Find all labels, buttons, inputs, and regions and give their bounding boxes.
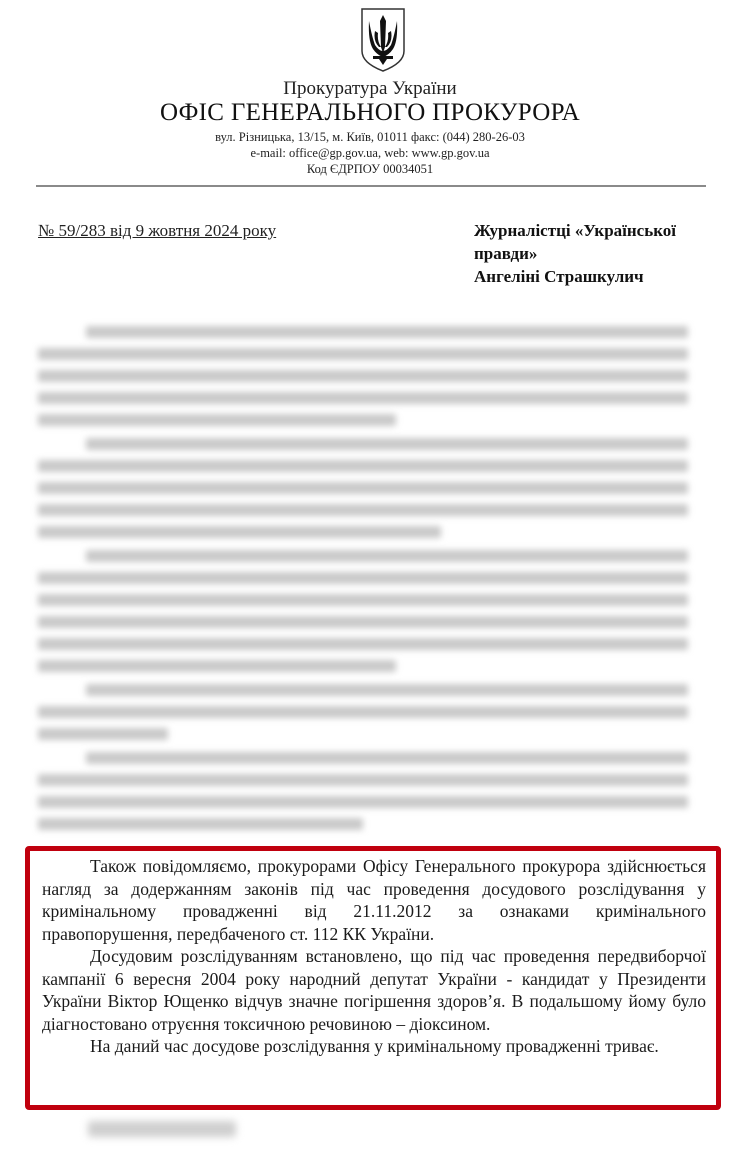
redacted-line [86,752,688,764]
redacted-line [38,348,688,360]
redacted-line [38,414,396,426]
header-divider [36,185,706,187]
redacted-line [86,550,688,562]
redacted-line [38,370,688,382]
redacted-body-text [38,320,688,840]
org-contacts: e-mail: office@gp.gov.ua, web: www.gp.go… [0,146,740,161]
redacted-line [38,774,688,786]
redacted-signature [88,1121,236,1137]
excerpt-paragraph-2: Досудовим розслідуванням встановлено, що… [42,945,706,1035]
redacted-line [38,616,688,628]
addressee-block: Журналістці «Української правди» Ангелін… [474,219,734,288]
org-address: вул. Різницька, 13/15, м. Київ, 01011 фа… [0,130,740,145]
redacted-line [38,728,168,740]
highlighted-excerpt: Також повідомляємо, прокурорами Офісу Ге… [25,846,721,1110]
redacted-line [38,818,363,830]
addressee-line-3: Ангеліні Страшкулич [474,265,734,288]
trident-coat-of-arms-icon [359,7,407,73]
redacted-line [38,594,688,606]
org-name: ОФІС ГЕНЕРАЛЬНОГО ПРОКУРОРА [0,99,740,127]
redacted-line [38,392,688,404]
excerpt-paragraph-3: На даний час досудове розслідування у кр… [42,1035,706,1058]
redacted-line [38,660,396,672]
excerpt-paragraph-1: Також повідомляємо, прокурорами Офісу Ге… [42,855,706,945]
redacted-line [86,326,688,338]
redacted-line [38,706,688,718]
org-edrpou-code: Код ЄДРПОУ 00034051 [0,162,740,177]
addressee-line-1: Журналістці «Української [474,219,734,242]
redacted-line [38,796,688,808]
letter-reference-number: № 59/283 від 9 жовтня 2024 року [38,221,276,241]
redacted-line [86,438,688,450]
redacted-line [38,460,688,472]
redacted-line [86,684,688,696]
redacted-line [38,504,688,516]
excerpt-text: Також повідомляємо, прокурорами Офісу Ге… [42,855,706,1058]
redacted-line [38,526,441,538]
redacted-line [38,482,688,494]
addressee-line-2: правди» [474,242,734,265]
redacted-line [38,638,688,650]
org-parent-name: Прокуратура України [0,78,740,100]
redacted-line [38,572,688,584]
